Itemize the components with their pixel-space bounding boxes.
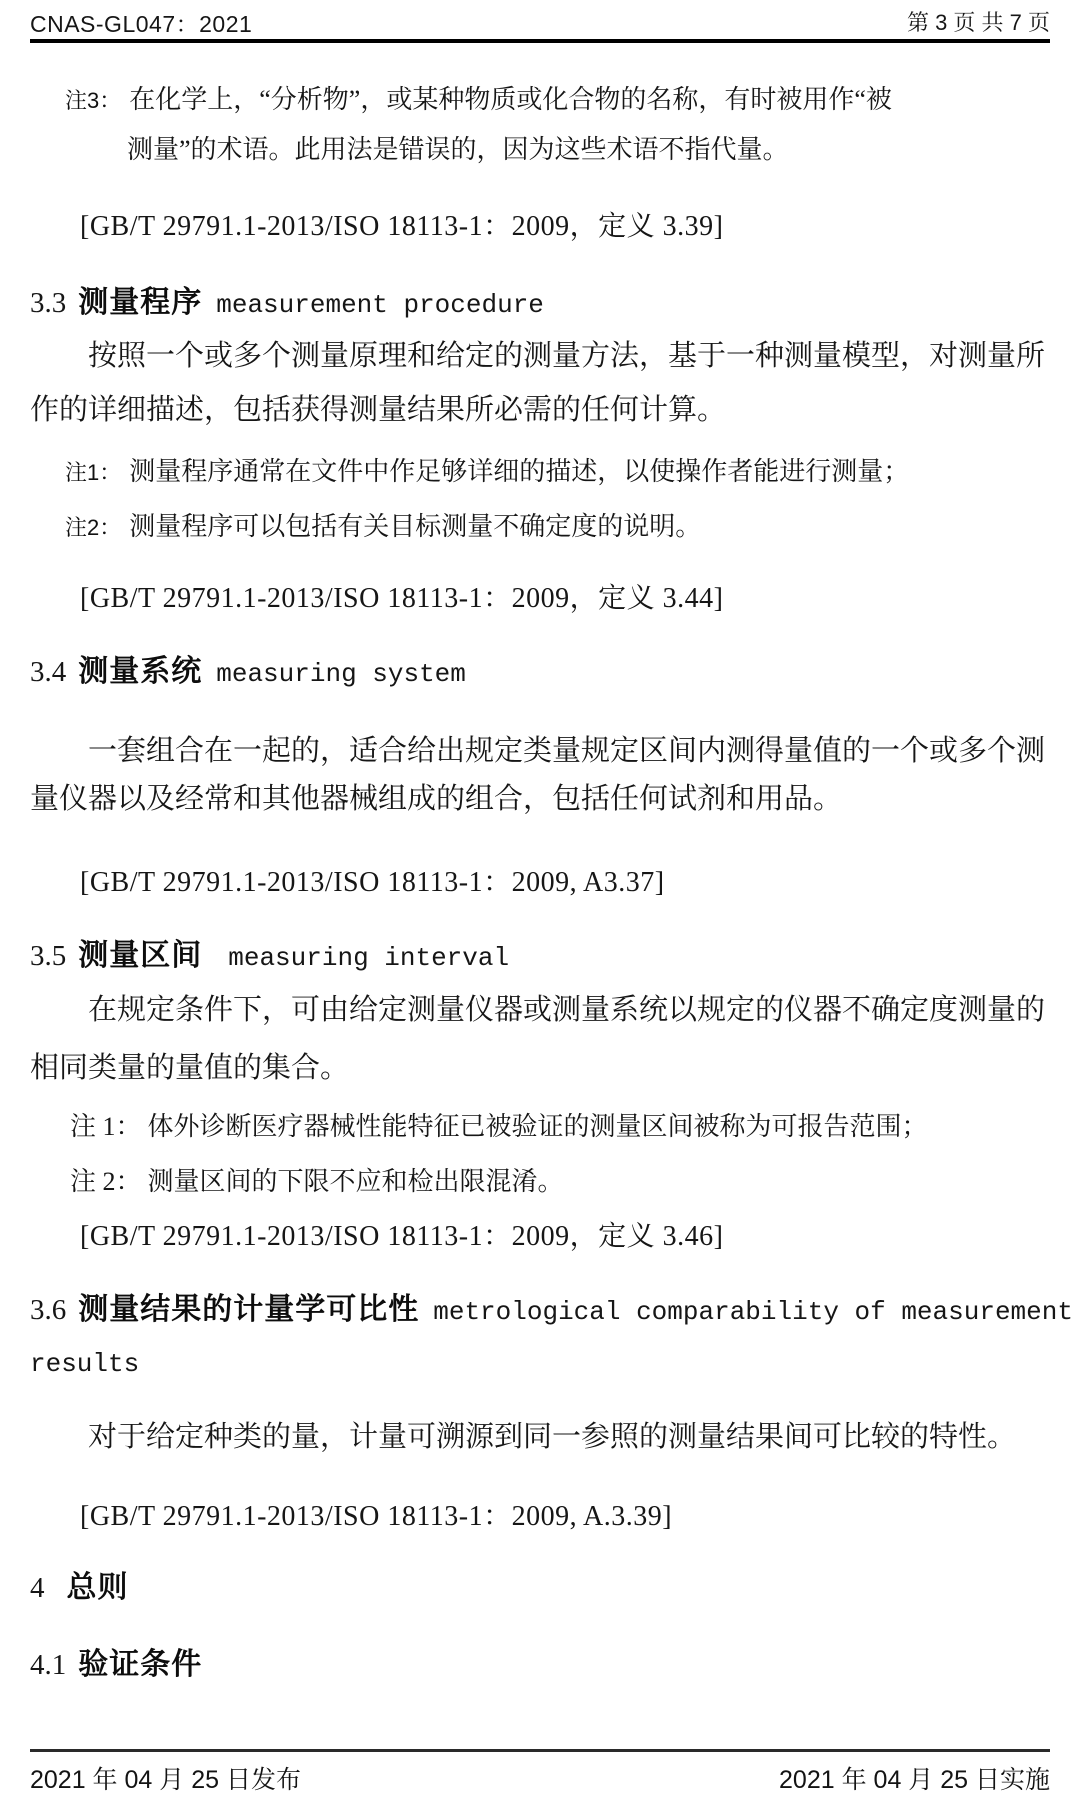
section-3-4-paragraph-line2: 量仪器以及经常和其他器械组成的组合，包括任何试剂和用品。 bbox=[30, 779, 842, 819]
section-3-5-note1: 注 1：体外诊断医疗器械性能特征已被验证的测量区间被称为可报告范围； bbox=[70, 1107, 928, 1147]
implementation-date: 2021 年 04 月 25 日实施 bbox=[779, 1760, 1050, 1793]
section-4-heading: 4总则 bbox=[30, 1568, 129, 1608]
section-4-number: 4 bbox=[30, 1572, 45, 1604]
section-3-3-term-en: measurement procedure bbox=[216, 290, 544, 320]
section-3-3-note2: 注2：测量程序可以包括有关目标测量不确定度的说明。 bbox=[65, 507, 701, 548]
section-3-6-heading-line1: 3.6测量结果的计量学可比性metrological comparability… bbox=[30, 1290, 1073, 1332]
section-3-3-note1: 注1：测量程序通常在文件中作足够详细的描述，以使操作者能进行测量； bbox=[65, 452, 909, 493]
note1-text: 测量程序通常在文件中作足够详细的描述，以使操作者能进行测量； bbox=[129, 457, 909, 486]
note2-label: 注 2： bbox=[70, 1167, 142, 1196]
section-3-5-note2: 注 2：测量区间的下限不应和检出限混淆。 bbox=[70, 1162, 564, 1202]
section-3-6-paragraph: 对于给定种类的量，计量可溯源到同一参照的测量结果间可比较的特性。 bbox=[88, 1417, 1016, 1457]
section-3-4-term-zh: 测量系统 bbox=[78, 655, 202, 688]
citation-def-3-46: [GB/T 29791.1-2013/ISO 18113-1：2009，定义 3… bbox=[80, 1217, 723, 1257]
issue-date: 2021 年 04 月 25 日发布 bbox=[30, 1760, 301, 1793]
citation-a-3-39: [GB/T 29791.1-2013/ISO 18113-1：2009, A.3… bbox=[80, 1497, 672, 1537]
section-3-6-heading-line2: results bbox=[30, 1344, 139, 1384]
section-3-3-paragraph-line1: 按照一个或多个测量原理和给定的测量方法，基于一种测量模型，对测量所 bbox=[88, 336, 1045, 376]
document-code: CNAS-GL047：2021 bbox=[30, 6, 252, 39]
document-page: CNAS-GL047：2021 第 3 页 共 7 页 注3：在化学上，“分析物… bbox=[0, 0, 1080, 1793]
note2-label: 注2： bbox=[65, 515, 121, 540]
header-rule bbox=[30, 39, 1050, 43]
page-number-label: 第 3 页 共 7 页 bbox=[907, 6, 1050, 37]
section-3-5-term-zh: 测量区间 bbox=[78, 939, 202, 972]
note3-label: 注3： bbox=[65, 88, 121, 113]
section-3-4-number: 3.4 bbox=[30, 656, 66, 688]
note1-label: 注1： bbox=[65, 460, 121, 485]
note1-text: 体外诊断医疗器械性能特征已被验证的测量区间被称为可报告范围； bbox=[148, 1112, 928, 1141]
section-4-1-number: 4.1 bbox=[30, 1649, 66, 1681]
section-3-6-term-en: metrological comparability of measuremen… bbox=[433, 1297, 1073, 1327]
section-3-6-number: 3.6 bbox=[30, 1294, 66, 1326]
section-3-5-number: 3.5 bbox=[30, 940, 66, 972]
note3-text1: 在化学上，“分析物”，或某种物质或化合物的名称，有时被用作“被 bbox=[129, 85, 892, 114]
section-3-3-number: 3.3 bbox=[30, 287, 66, 319]
footer-rule bbox=[30, 1749, 1050, 1752]
note3-line1: 注3：在化学上，“分析物”，或某种物质或化合物的名称，有时被用作“被 bbox=[65, 80, 892, 121]
page-footer: 2021 年 04 月 25 日发布 2021 年 04 月 25 日实施 bbox=[30, 1760, 1050, 1793]
note2-text: 测量程序可以包括有关目标测量不确定度的说明。 bbox=[129, 512, 701, 541]
citation-def-3-44: [GB/T 29791.1-2013/ISO 18113-1：2009，定义 3… bbox=[80, 579, 723, 619]
section-3-3-term-zh: 测量程序 bbox=[78, 286, 202, 319]
section-4-1-heading: 4.1验证条件 bbox=[30, 1645, 202, 1685]
note1-label: 注 1： bbox=[70, 1112, 142, 1141]
section-3-4-heading: 3.4测量系统measuring system bbox=[30, 652, 466, 694]
section-3-5-paragraph-line2: 相同类量的量值的集合。 bbox=[30, 1048, 349, 1088]
section-3-5-paragraph-line1: 在规定条件下，可由给定测量仪器或测量系统以规定的仪器不确定度测量的 bbox=[88, 990, 1045, 1030]
page-header: CNAS-GL047：2021 第 3 页 共 7 页 bbox=[30, 6, 1050, 39]
section-3-4-paragraph-line1: 一套组合在一起的，适合给出规定类量规定区间内测得量值的一个或多个测 bbox=[88, 731, 1045, 771]
section-4-title: 总则 bbox=[67, 1571, 129, 1604]
section-3-5-term-en: measuring interval bbox=[228, 943, 509, 973]
note2-text: 测量区间的下限不应和检出限混淆。 bbox=[148, 1167, 564, 1196]
section-3-3-paragraph-line2: 作的详细描述，包括获得测量结果所必需的任何计算。 bbox=[30, 390, 726, 430]
section-3-4-term-en: measuring system bbox=[216, 659, 466, 689]
section-3-5-heading: 3.5测量区间measuring interval bbox=[30, 936, 509, 978]
citation-a3-37: [GB/T 29791.1-2013/ISO 18113-1：2009, A3.… bbox=[80, 863, 665, 903]
section-4-1-title: 验证条件 bbox=[78, 1648, 202, 1681]
note3-line2: 测量”的术语。此用法是错误的，因为这些术语不指代量。 bbox=[127, 130, 789, 170]
section-3-3-heading: 3.3测量程序measurement procedure bbox=[30, 283, 544, 325]
citation-def-3-39: [GB/T 29791.1-2013/ISO 18113-1：2009，定义 3… bbox=[80, 207, 723, 247]
section-3-6-term-zh: 测量结果的计量学可比性 bbox=[78, 1293, 419, 1326]
